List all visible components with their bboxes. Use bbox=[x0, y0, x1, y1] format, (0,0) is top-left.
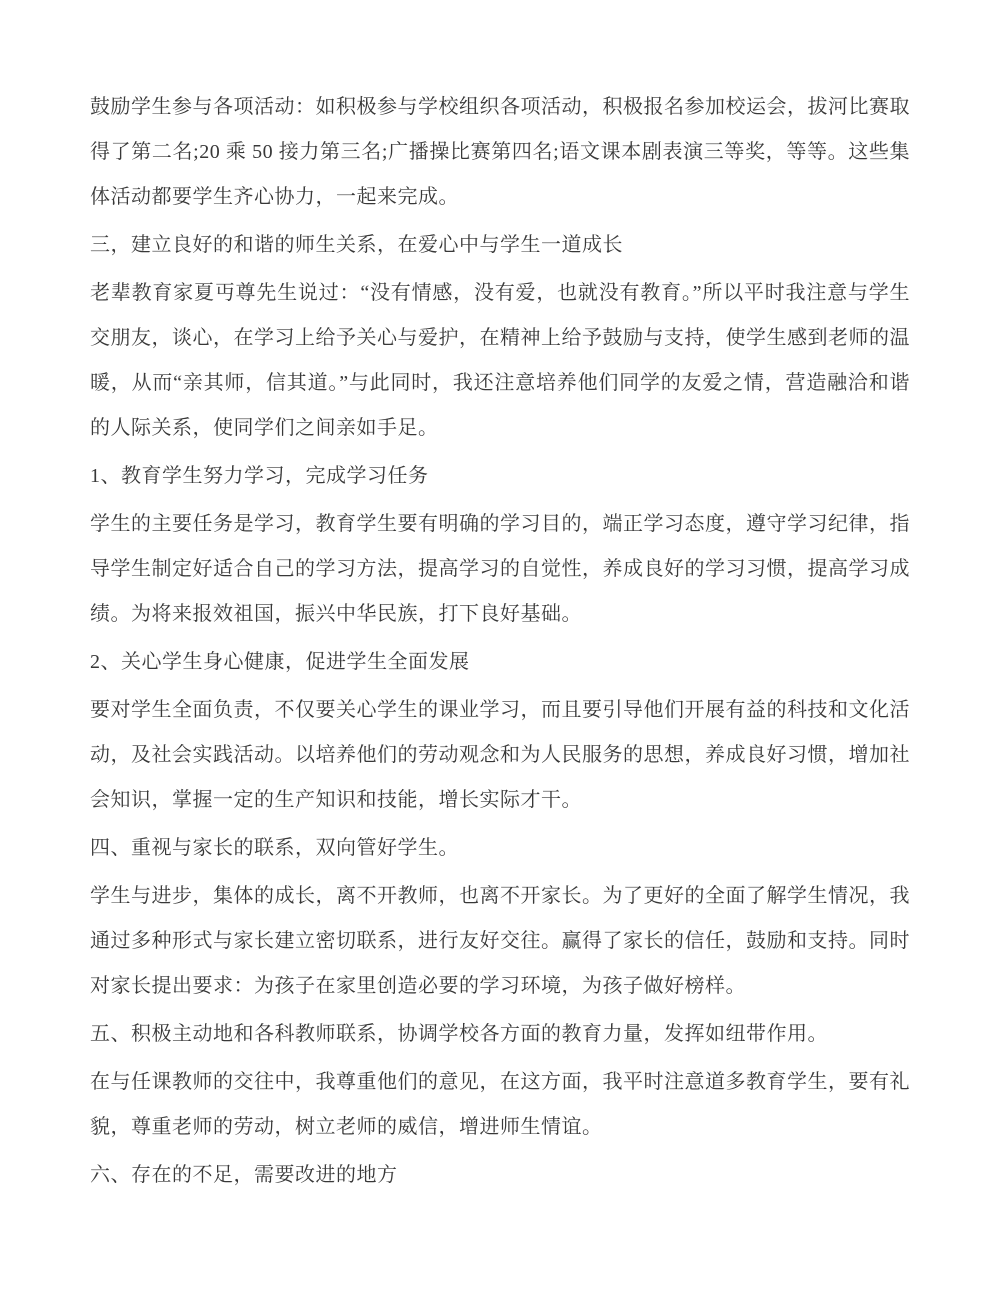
heading-2: 三，建立良好的和谐的师生关系，在爱心中与学生一道成长 bbox=[90, 223, 910, 268]
paragraph-1: 鼓励学生参与各项活动：如积极参与学校组织各项活动，积极报名参加校运会，拔河比赛取… bbox=[90, 85, 910, 220]
paragraph-7: 要对学生全面负责，不仅要关心学生的课业学习，而且要引导他们开展有益的科技和文化活… bbox=[90, 688, 910, 823]
paragraph-5: 学生的主要任务是学习，教育学生要有明确的学习目的，端正学习态度，遵守学习纪律，指… bbox=[90, 502, 910, 637]
paragraph-3: 老辈教育家夏丏尊先生说过：“没有情感，没有爱，也就没有教育。”所以平时我注意与学… bbox=[90, 271, 910, 451]
document-body: 鼓励学生参与各项活动：如积极参与学校组织各项活动，积极报名参加校运会，拔河比赛取… bbox=[0, 0, 1000, 1198]
document-page: 鼓励学生参与各项活动：如积极参与学校组织各项活动，积极报名参加校运会，拔河比赛取… bbox=[0, 0, 1000, 1295]
paragraph-11: 在与任课教师的交往中，我尊重他们的意见，在这方面，我平时注意道多教育学生，要有礼… bbox=[90, 1060, 910, 1150]
heading-12: 六、存在的不足，需要改进的地方 bbox=[90, 1153, 910, 1198]
heading-8: 四、重视与家长的联系，双向管好学生。 bbox=[90, 826, 910, 871]
heading-10: 五、积极主动地和各科教师联系，协调学校各方面的教育力量，发挥如纽带作用。 bbox=[90, 1012, 910, 1057]
heading-6: 2、关心学生身心健康，促进学生全面发展 bbox=[90, 640, 910, 685]
paragraph-9: 学生与进步，集体的成长，离不开教师，也离不开家长。为了更好的全面了解学生情况，我… bbox=[90, 874, 910, 1009]
heading-4: 1、教育学生努力学习，完成学习任务 bbox=[90, 454, 910, 499]
